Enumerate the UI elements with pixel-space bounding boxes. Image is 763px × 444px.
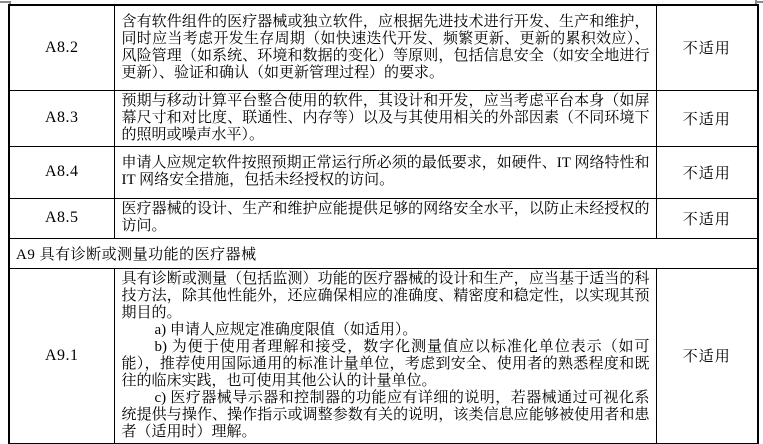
row-description: 申请人应规定软件按照预期正常运行所必须的最低要求，如硬件、IT 网络特性和IT … (114, 146, 656, 198)
row-description: 医疗器械的设计、生产和维护应能提供足够的网络安全水平，以防止未经授权的访问。 (114, 198, 656, 238)
requirement-text: 医疗器械的设计、生产和维护应能提供足够的网络安全水平，以防止未经授权的访问。 (122, 201, 650, 235)
requirement-text-intro: 具有诊断或测量（包括监测）功能的医疗器械的设计和生产，应当基于适当的科技方法，除… (122, 271, 650, 322)
previous-row-remnant-right (755, 1, 763, 3)
status-cell: 不适用 (656, 5, 758, 90)
row-description: 具有诊断或测量（包括监测）功能的医疗器械的设计和生产，应当基于适当的科技方法，除… (114, 268, 656, 444)
row-code: A8.3 (9, 90, 114, 146)
requirements-checklist-table: A8.2 含有软件组件的医疗器械或独立软件，应根据先进技术进行开发、生产和维护，… (8, 4, 759, 444)
section-header-label: A9 具有诊断或测量功能的医疗器械 (9, 238, 758, 268)
table-row-a8-2: A8.2 含有软件组件的医疗器械或独立软件，应根据先进技术进行开发、生产和维护，… (9, 5, 758, 90)
row-description: 含有软件组件的医疗器械或独立软件，应根据先进技术进行开发、生产和维护，同时应当考… (114, 5, 656, 90)
section-header-row-a9: A9 具有诊断或测量功能的医疗器械 (9, 238, 758, 268)
table-row-a9-1: A9.1 具有诊断或测量（包括监测）功能的医疗器械的设计和生产，应当基于适当的科… (9, 268, 758, 444)
row-code: A9.1 (9, 268, 114, 444)
row-code: A8.4 (9, 146, 114, 198)
status-cell: 不适用 (656, 198, 758, 238)
status-cell: 不适用 (656, 90, 758, 146)
requirement-text-item-b: b) 为便于使用者理解和接受，数字化测量值应以标准化单位表示（如可能），推荐使用… (122, 339, 650, 390)
requirement-text-item-c: c) 医疗器械导示器和控制器的功能应有详细的说明，若器械通过可视化系统提供与操作… (122, 390, 650, 441)
requirement-text-item-a: a) 申请人应规定准确度限值（如适用）。 (122, 322, 650, 339)
requirement-text: 预期与移动计算平台整合使用的软件，其设计和开发，应当考虑平台本身（如屏幕尺寸和对… (122, 93, 650, 144)
status-cell: 不适用 (656, 146, 758, 198)
document-page: A8.2 含有软件组件的医疗器械或独立软件，应根据先进技术进行开发、生产和维护，… (0, 0, 763, 444)
status-cell: 不适用 (656, 268, 758, 444)
row-description: 预期与移动计算平台整合使用的软件，其设计和开发，应当考虑平台本身（如屏幕尺寸和对… (114, 90, 656, 146)
row-code: A8.2 (9, 5, 114, 90)
table-row-a8-4: A8.4 申请人应规定软件按照预期正常运行所必须的最低要求，如硬件、IT 网络特… (9, 146, 758, 198)
requirement-text: 含有软件组件的医疗器械或独立软件，应根据先进技术进行开发、生产和维护，同时应当考… (122, 14, 650, 82)
row-code: A8.5 (9, 198, 114, 238)
table-row-a8-3: A8.3 预期与移动计算平台整合使用的软件，其设计和开发，应当考虑平台本身（如屏… (9, 90, 758, 146)
requirement-text: 申请人应规定软件按照预期正常运行所必须的最低要求，如硬件、IT 网络特性和IT … (122, 155, 650, 189)
table-row-a8-5: A8.5 医疗器械的设计、生产和维护应能提供足够的网络安全水平，以防止未经授权的… (9, 198, 758, 238)
